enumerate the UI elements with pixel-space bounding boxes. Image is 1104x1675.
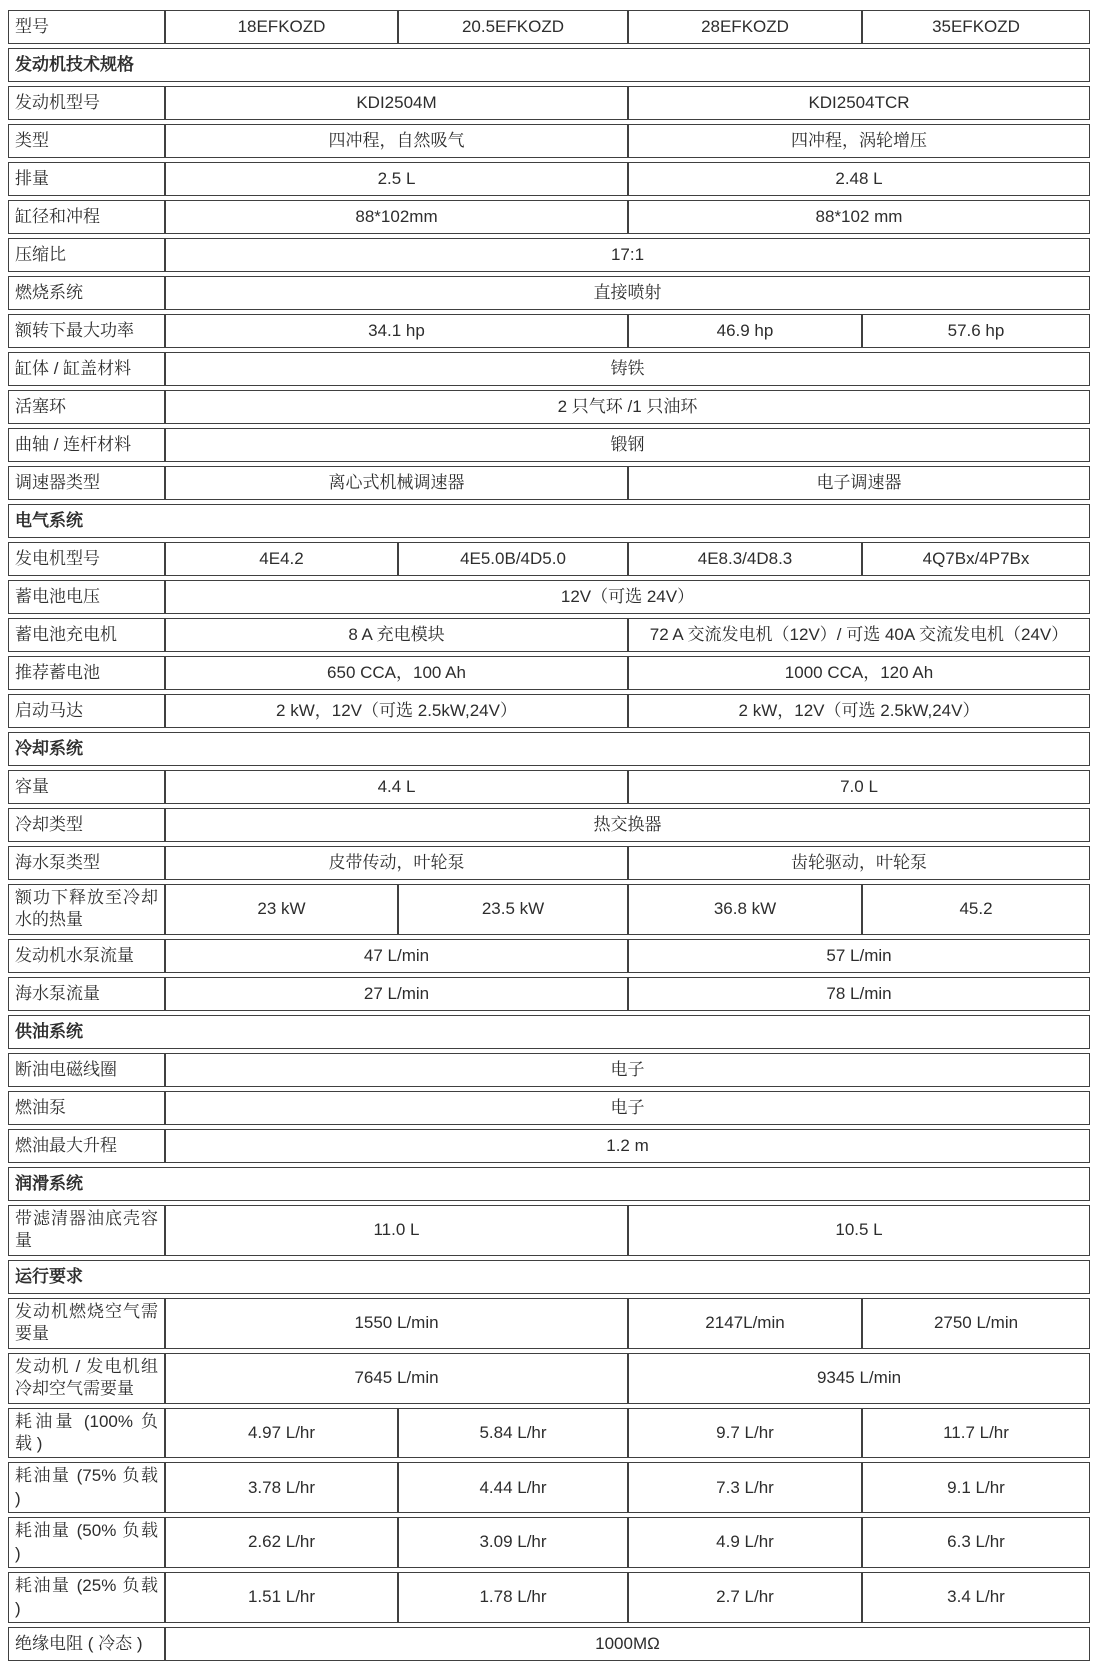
cell-value: 45.2 — [862, 884, 1090, 935]
cell-value: 离心式机械调速器 — [165, 466, 628, 500]
row-label: 容量 — [8, 770, 165, 804]
table-row: 额功下释放至冷却水的热量23 kW23.5 kW36.8 kW45.2 — [8, 884, 1090, 935]
cell-value: 4.44 L/hr — [398, 1462, 628, 1513]
cell-value: 电子 — [165, 1091, 1090, 1125]
row-label: 发动机型号 — [8, 86, 165, 120]
section-header: 运行要求 — [8, 1260, 1090, 1294]
table-row: 冷却类型热交换器 — [8, 808, 1090, 842]
cell-value: 11.7 L/hr — [862, 1408, 1090, 1459]
row-label: 带滤清器油底壳容量 — [8, 1205, 165, 1256]
cell-value: 88*102 mm — [628, 200, 1090, 234]
cell-value: KDI2504M — [165, 86, 628, 120]
table-row: 发动机水泵流量47 L/min57 L/min — [8, 939, 1090, 973]
cell-value: 齿轮驱动，叶轮泵 — [628, 846, 1090, 880]
cell-value: 5.84 L/hr — [398, 1408, 628, 1459]
cell-value: 2147L/min — [628, 1298, 862, 1349]
cell-value: 18EFKOZD — [165, 10, 398, 44]
cell-value: 3.09 L/hr — [398, 1517, 628, 1568]
row-label: 缸体 / 缸盖材料 — [8, 352, 165, 386]
row-label: 海水泵类型 — [8, 846, 165, 880]
row-label: 冷却类型 — [8, 808, 165, 842]
row-label: 额功下释放至冷却水的热量 — [8, 884, 165, 935]
cell-value: 650 CCA，100 Ah — [165, 656, 628, 690]
row-label: 活塞环 — [8, 390, 165, 424]
cell-value: 23.5 kW — [398, 884, 628, 935]
row-label: 绝缘电阻 ( 冷态 ) — [8, 1627, 165, 1661]
cell-value: 1000 CCA，120 Ah — [628, 656, 1090, 690]
table-row: 推荐蓄电池650 CCA，100 Ah1000 CCA，120 Ah — [8, 656, 1090, 690]
page: 型号18EFKOZD20.5EFKOZD28EFKOZD35EFKOZD发动机技… — [0, 0, 1104, 1675]
row-label: 耗油量 (100% 负载 ) — [8, 1408, 165, 1459]
section-header: 润滑系统 — [8, 1167, 1090, 1201]
row-label: 断油电磁线圈 — [8, 1053, 165, 1087]
cell-value: 2750 L/min — [862, 1298, 1090, 1349]
cell-value: 电子 — [165, 1053, 1090, 1087]
cell-value: 2.5 L — [165, 162, 628, 196]
section-header: 发动机技术规格 — [8, 48, 1090, 82]
table-row: 海水泵流量27 L/min78 L/min — [8, 977, 1090, 1011]
table-row: 绝缘电阻 ( 冷态 )1000MΩ — [8, 1627, 1090, 1661]
cell-value: 7.0 L — [628, 770, 1090, 804]
cell-value: 2.7 L/hr — [628, 1572, 862, 1623]
table-row: 燃烧系统直接喷射 — [8, 276, 1090, 310]
cell-value: 铸铁 — [165, 352, 1090, 386]
table-row: 调速器类型离心式机械调速器电子调速器 — [8, 466, 1090, 500]
row-label: 发动机燃烧空气需要量 — [8, 1298, 165, 1349]
cell-value: 4E8.3/4D8.3 — [628, 542, 862, 576]
table-row: 燃油泵电子 — [8, 1091, 1090, 1125]
cell-value: 4E5.0B/4D5.0 — [398, 542, 628, 576]
table-row: 缸体 / 缸盖材料铸铁 — [8, 352, 1090, 386]
cell-value: 四冲程，涡轮增压 — [628, 124, 1090, 158]
table-row: 运行要求 — [8, 1260, 1090, 1294]
table-row: 压缩比17:1 — [8, 238, 1090, 272]
cell-value: 28EFKOZD — [628, 10, 862, 44]
engine-spec-table: 型号18EFKOZD20.5EFKOZD28EFKOZD35EFKOZD发动机技… — [8, 6, 1090, 1665]
row-label: 发动机水泵流量 — [8, 939, 165, 973]
table-row: 排量2.5 L2.48 L — [8, 162, 1090, 196]
cell-value: 72 A 交流发电机（12V）/ 可选 40A 交流发电机（24V） — [628, 618, 1090, 652]
cell-value: 11.0 L — [165, 1205, 628, 1256]
row-label: 发电机型号 — [8, 542, 165, 576]
cell-value: 6.3 L/hr — [862, 1517, 1090, 1568]
row-label: 压缩比 — [8, 238, 165, 272]
cell-value: 7645 L/min — [165, 1353, 628, 1404]
spec-table-body: 型号18EFKOZD20.5EFKOZD28EFKOZD35EFKOZD发动机技… — [8, 10, 1090, 1661]
cell-value: 4Q7Bx/4P7Bx — [862, 542, 1090, 576]
cell-value: KDI2504TCR — [628, 86, 1090, 120]
cell-value: 35EFKOZD — [862, 10, 1090, 44]
cell-value: 3.4 L/hr — [862, 1572, 1090, 1623]
row-label: 发动机 / 发电机组冷却空气需要量 — [8, 1353, 165, 1404]
table-row: 燃油最大升程1.2 m — [8, 1129, 1090, 1163]
table-row: 发动机燃烧空气需要量1550 L/min2147L/min2750 L/min — [8, 1298, 1090, 1349]
table-row: 蓄电池充电机8 A 充电模块72 A 交流发电机（12V）/ 可选 40A 交流… — [8, 618, 1090, 652]
table-row: 耗油量 (25% 负载 )1.51 L/hr1.78 L/hr2.7 L/hr3… — [8, 1572, 1090, 1623]
row-label: 耗油量 (50% 负载 ) — [8, 1517, 165, 1568]
cell-value: 热交换器 — [165, 808, 1090, 842]
cell-value: 2.48 L — [628, 162, 1090, 196]
row-label: 调速器类型 — [8, 466, 165, 500]
row-label: 额转下最大功率 — [8, 314, 165, 348]
cell-value: 2 kW，12V（可选 2.5kW,24V） — [628, 694, 1090, 728]
cell-value: 23 kW — [165, 884, 398, 935]
row-label: 耗油量 (25% 负载 ) — [8, 1572, 165, 1623]
table-row: 活塞环2 只气环 /1 只油环 — [8, 390, 1090, 424]
cell-value: 57.6 hp — [862, 314, 1090, 348]
cell-value: 4.4 L — [165, 770, 628, 804]
table-row: 类型四冲程，自然吸气四冲程，涡轮增压 — [8, 124, 1090, 158]
cell-value: 1000MΩ — [165, 1627, 1090, 1661]
table-row: 耗油量 (100% 负载 )4.97 L/hr5.84 L/hr9.7 L/hr… — [8, 1408, 1090, 1459]
cell-value: 电子调速器 — [628, 466, 1090, 500]
table-row: 曲轴 / 连杆材料锻钢 — [8, 428, 1090, 462]
cell-value: 1.51 L/hr — [165, 1572, 398, 1623]
cell-value: 8 A 充电模块 — [165, 618, 628, 652]
table-row: 发动机型号KDI2504MKDI2504TCR — [8, 86, 1090, 120]
cell-value: 2 只气环 /1 只油环 — [165, 390, 1090, 424]
cell-value: 78 L/min — [628, 977, 1090, 1011]
cell-value: 3.78 L/hr — [165, 1462, 398, 1513]
table-row: 冷却系统 — [8, 732, 1090, 766]
table-row: 启动马达2 kW，12V（可选 2.5kW,24V）2 kW，12V（可选 2.… — [8, 694, 1090, 728]
row-label: 蓄电池电压 — [8, 580, 165, 614]
row-label: 推荐蓄电池 — [8, 656, 165, 690]
row-label: 类型 — [8, 124, 165, 158]
table-row: 发动机 / 发电机组冷却空气需要量7645 L/min9345 L/min — [8, 1353, 1090, 1404]
row-label: 燃油泵 — [8, 1091, 165, 1125]
table-row: 容量4.4 L7.0 L — [8, 770, 1090, 804]
cell-value: 9.1 L/hr — [862, 1462, 1090, 1513]
table-row: 带滤清器油底壳容量11.0 L10.5 L — [8, 1205, 1090, 1256]
cell-value: 57 L/min — [628, 939, 1090, 973]
cell-value: 20.5EFKOZD — [398, 10, 628, 44]
table-row: 缸径和冲程88*102mm88*102 mm — [8, 200, 1090, 234]
section-header: 冷却系统 — [8, 732, 1090, 766]
row-label: 蓄电池充电机 — [8, 618, 165, 652]
row-label: 耗油量 (75% 负载 ) — [8, 1462, 165, 1513]
table-row: 海水泵类型皮带传动，叶轮泵齿轮驱动，叶轮泵 — [8, 846, 1090, 880]
cell-value: 9.7 L/hr — [628, 1408, 862, 1459]
cell-value: 2.62 L/hr — [165, 1517, 398, 1568]
cell-value: 27 L/min — [165, 977, 628, 1011]
cell-value: 1.78 L/hr — [398, 1572, 628, 1623]
cell-value: 直接喷射 — [165, 276, 1090, 310]
table-row: 耗油量 (75% 负载 )3.78 L/hr4.44 L/hr7.3 L/hr9… — [8, 1462, 1090, 1513]
cell-value: 88*102mm — [165, 200, 628, 234]
section-header: 电气系统 — [8, 504, 1090, 538]
table-row: 额转下最大功率34.1 hp46.9 hp57.6 hp — [8, 314, 1090, 348]
row-label: 启动马达 — [8, 694, 165, 728]
cell-value: 锻钢 — [165, 428, 1090, 462]
row-label: 曲轴 / 连杆材料 — [8, 428, 165, 462]
row-label: 燃烧系统 — [8, 276, 165, 310]
cell-value: 36.8 kW — [628, 884, 862, 935]
cell-value: 10.5 L — [628, 1205, 1090, 1256]
row-label: 燃油最大升程 — [8, 1129, 165, 1163]
cell-value: 1.2 m — [165, 1129, 1090, 1163]
table-row: 蓄电池电压12V（可选 24V） — [8, 580, 1090, 614]
cell-value: 四冲程，自然吸气 — [165, 124, 628, 158]
cell-value: 1550 L/min — [165, 1298, 628, 1349]
cell-value: 皮带传动，叶轮泵 — [165, 846, 628, 880]
table-row: 供油系统 — [8, 1015, 1090, 1049]
row-label: 缸径和冲程 — [8, 200, 165, 234]
row-label: 排量 — [8, 162, 165, 196]
table-row: 电气系统 — [8, 504, 1090, 538]
row-label: 型号 — [8, 10, 165, 44]
cell-value: 9345 L/min — [628, 1353, 1090, 1404]
table-row: 断油电磁线圈电子 — [8, 1053, 1090, 1087]
cell-value: 7.3 L/hr — [628, 1462, 862, 1513]
table-row: 耗油量 (50% 负载 )2.62 L/hr3.09 L/hr4.9 L/hr6… — [8, 1517, 1090, 1568]
row-label: 海水泵流量 — [8, 977, 165, 1011]
cell-value: 47 L/min — [165, 939, 628, 973]
cell-value: 46.9 hp — [628, 314, 862, 348]
cell-value: 4E4.2 — [165, 542, 398, 576]
table-row: 发动机技术规格 — [8, 48, 1090, 82]
cell-value: 34.1 hp — [165, 314, 628, 348]
cell-value: 4.9 L/hr — [628, 1517, 862, 1568]
cell-value: 4.97 L/hr — [165, 1408, 398, 1459]
section-header: 供油系统 — [8, 1015, 1090, 1049]
cell-value: 17:1 — [165, 238, 1090, 272]
table-row: 型号18EFKOZD20.5EFKOZD28EFKOZD35EFKOZD — [8, 10, 1090, 44]
cell-value: 12V（可选 24V） — [165, 580, 1090, 614]
cell-value: 2 kW，12V（可选 2.5kW,24V） — [165, 694, 628, 728]
table-row: 润滑系统 — [8, 1167, 1090, 1201]
table-row: 发电机型号4E4.24E5.0B/4D5.04E8.3/4D8.34Q7Bx/4… — [8, 542, 1090, 576]
